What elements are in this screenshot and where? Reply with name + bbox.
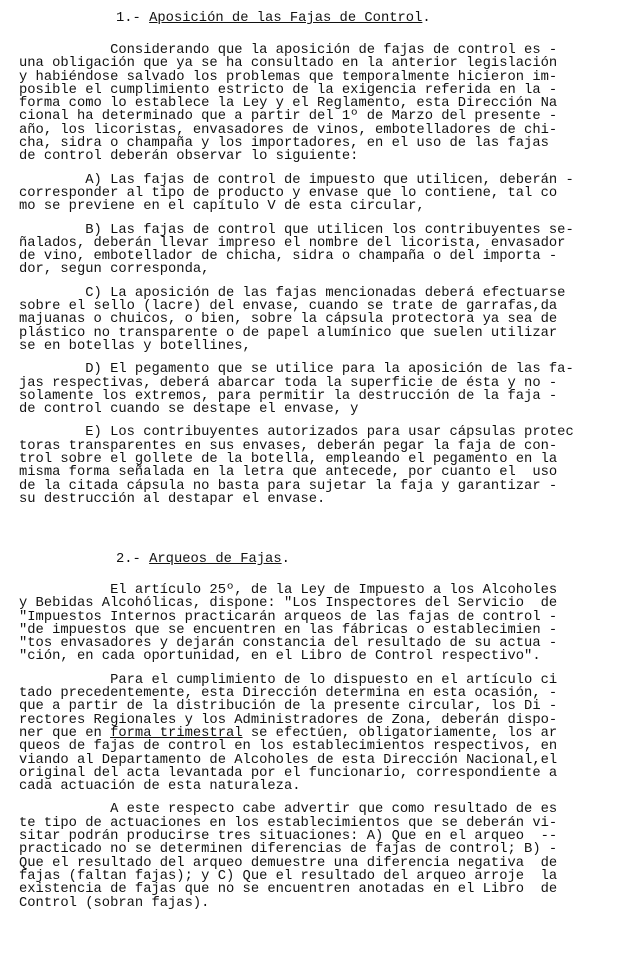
text-line: Control (sobran fajas).: [19, 897, 557, 910]
paragraph: C) La aposición de las fajas mencionadas…: [19, 287, 574, 353]
text-line: viando al Departamento de Alcoholes de e…: [19, 754, 557, 767]
section-2-title-end: .: [282, 552, 290, 567]
text-line: y Bebidas Alcohólicas, dispone: "Los Ins…: [19, 597, 557, 610]
paragraph: A) Las fajas de control de impuesto que …: [19, 174, 574, 214]
text-line: existencia de fajas que no se encuentren…: [19, 883, 557, 896]
text-line: y habiéndose salvado los problemas que t…: [19, 71, 574, 84]
text-line: su destrucción al destapar el envase.: [19, 493, 574, 506]
paragraph: El artículo 25º, de la Ley de Impuesto a…: [19, 584, 557, 664]
text-line: practicado no se determinen diferencias …: [19, 843, 557, 856]
section-1-number: 1.-: [116, 11, 149, 26]
text-line: una obligación que ya se ha consultado e…: [19, 57, 574, 70]
paragraph: E) Los contribuyentes autorizados para u…: [19, 426, 574, 506]
text-line: de la citada cápsula no basta para sujet…: [19, 480, 574, 493]
text-line: D) El pegamento que se utilice para la a…: [19, 363, 574, 376]
paragraph: A este respecto cabe advertir que como r…: [19, 803, 557, 909]
section-2-number: 2.-: [116, 552, 149, 567]
paragraph: Para el cumplimiento de lo dispuesto en …: [19, 674, 557, 794]
section-1-body: Considerando que la aposición de fajas d…: [19, 44, 574, 516]
text-line: "Impuestos Internos practicarán arqueos …: [19, 611, 557, 624]
text-line: cional ha determinado que a partir del 1…: [19, 110, 574, 123]
text-line: de control deberán observar lo siguiente…: [19, 150, 574, 163]
text-line: que a partir de la distribución de la pr…: [19, 700, 557, 713]
text-line: misma forma señalada en la letra que ant…: [19, 466, 574, 479]
text-line: se en botellas y botellines,: [19, 340, 574, 353]
text-line: dor, segun corresponda,: [19, 263, 574, 276]
paragraph: D) El pegamento que se utilice para la a…: [19, 363, 574, 416]
section-2-heading: 2.- Arqueos de Fajas.: [116, 553, 290, 566]
text-line: majuanas o chuicos, o bien, sobre la cáp…: [19, 313, 574, 326]
section-2-body: El artículo 25º, de la Ley de Impuesto a…: [19, 584, 557, 920]
section-1-title: Aposición de las Fajas de Control: [149, 11, 422, 26]
text-line: A este respecto cabe advertir que como r…: [19, 803, 557, 816]
paragraph: Considerando que la aposición de fajas d…: [19, 44, 574, 164]
text-line: rectores Regionales y los Administradore…: [19, 714, 557, 727]
text-line: E) Los contribuyentes autorizados para u…: [19, 426, 574, 439]
text-line: B) Las fajas de control que utilicen los…: [19, 224, 574, 237]
text-line: jas respectivas, deberá abarcar toda la …: [19, 377, 574, 390]
text-line: A) Las fajas de control de impuesto que …: [19, 174, 574, 187]
text-line: plástico no transparente o de papel alum…: [19, 327, 574, 340]
text-line: queos de fajas de control en los estable…: [19, 740, 557, 753]
section-2-title: Arqueos de Fajas: [149, 552, 281, 567]
section-1-title-end: .: [422, 11, 430, 26]
text-line: cada actuación de esta naturaleza.: [19, 780, 557, 793]
text-line: Que el resultado del arqueo demuestre un…: [19, 857, 557, 870]
text-line: mo se previene en el capítulo V de esta …: [19, 200, 574, 213]
text-line: "ción, en cada oportunidad, en el Libro …: [19, 650, 557, 663]
section-1-heading: 1.- Aposición de las Fajas de Control.: [116, 12, 431, 25]
paragraph: B) Las fajas de control que utilicen los…: [19, 224, 574, 277]
text-line: de control cuando se destape el envase, …: [19, 403, 574, 416]
